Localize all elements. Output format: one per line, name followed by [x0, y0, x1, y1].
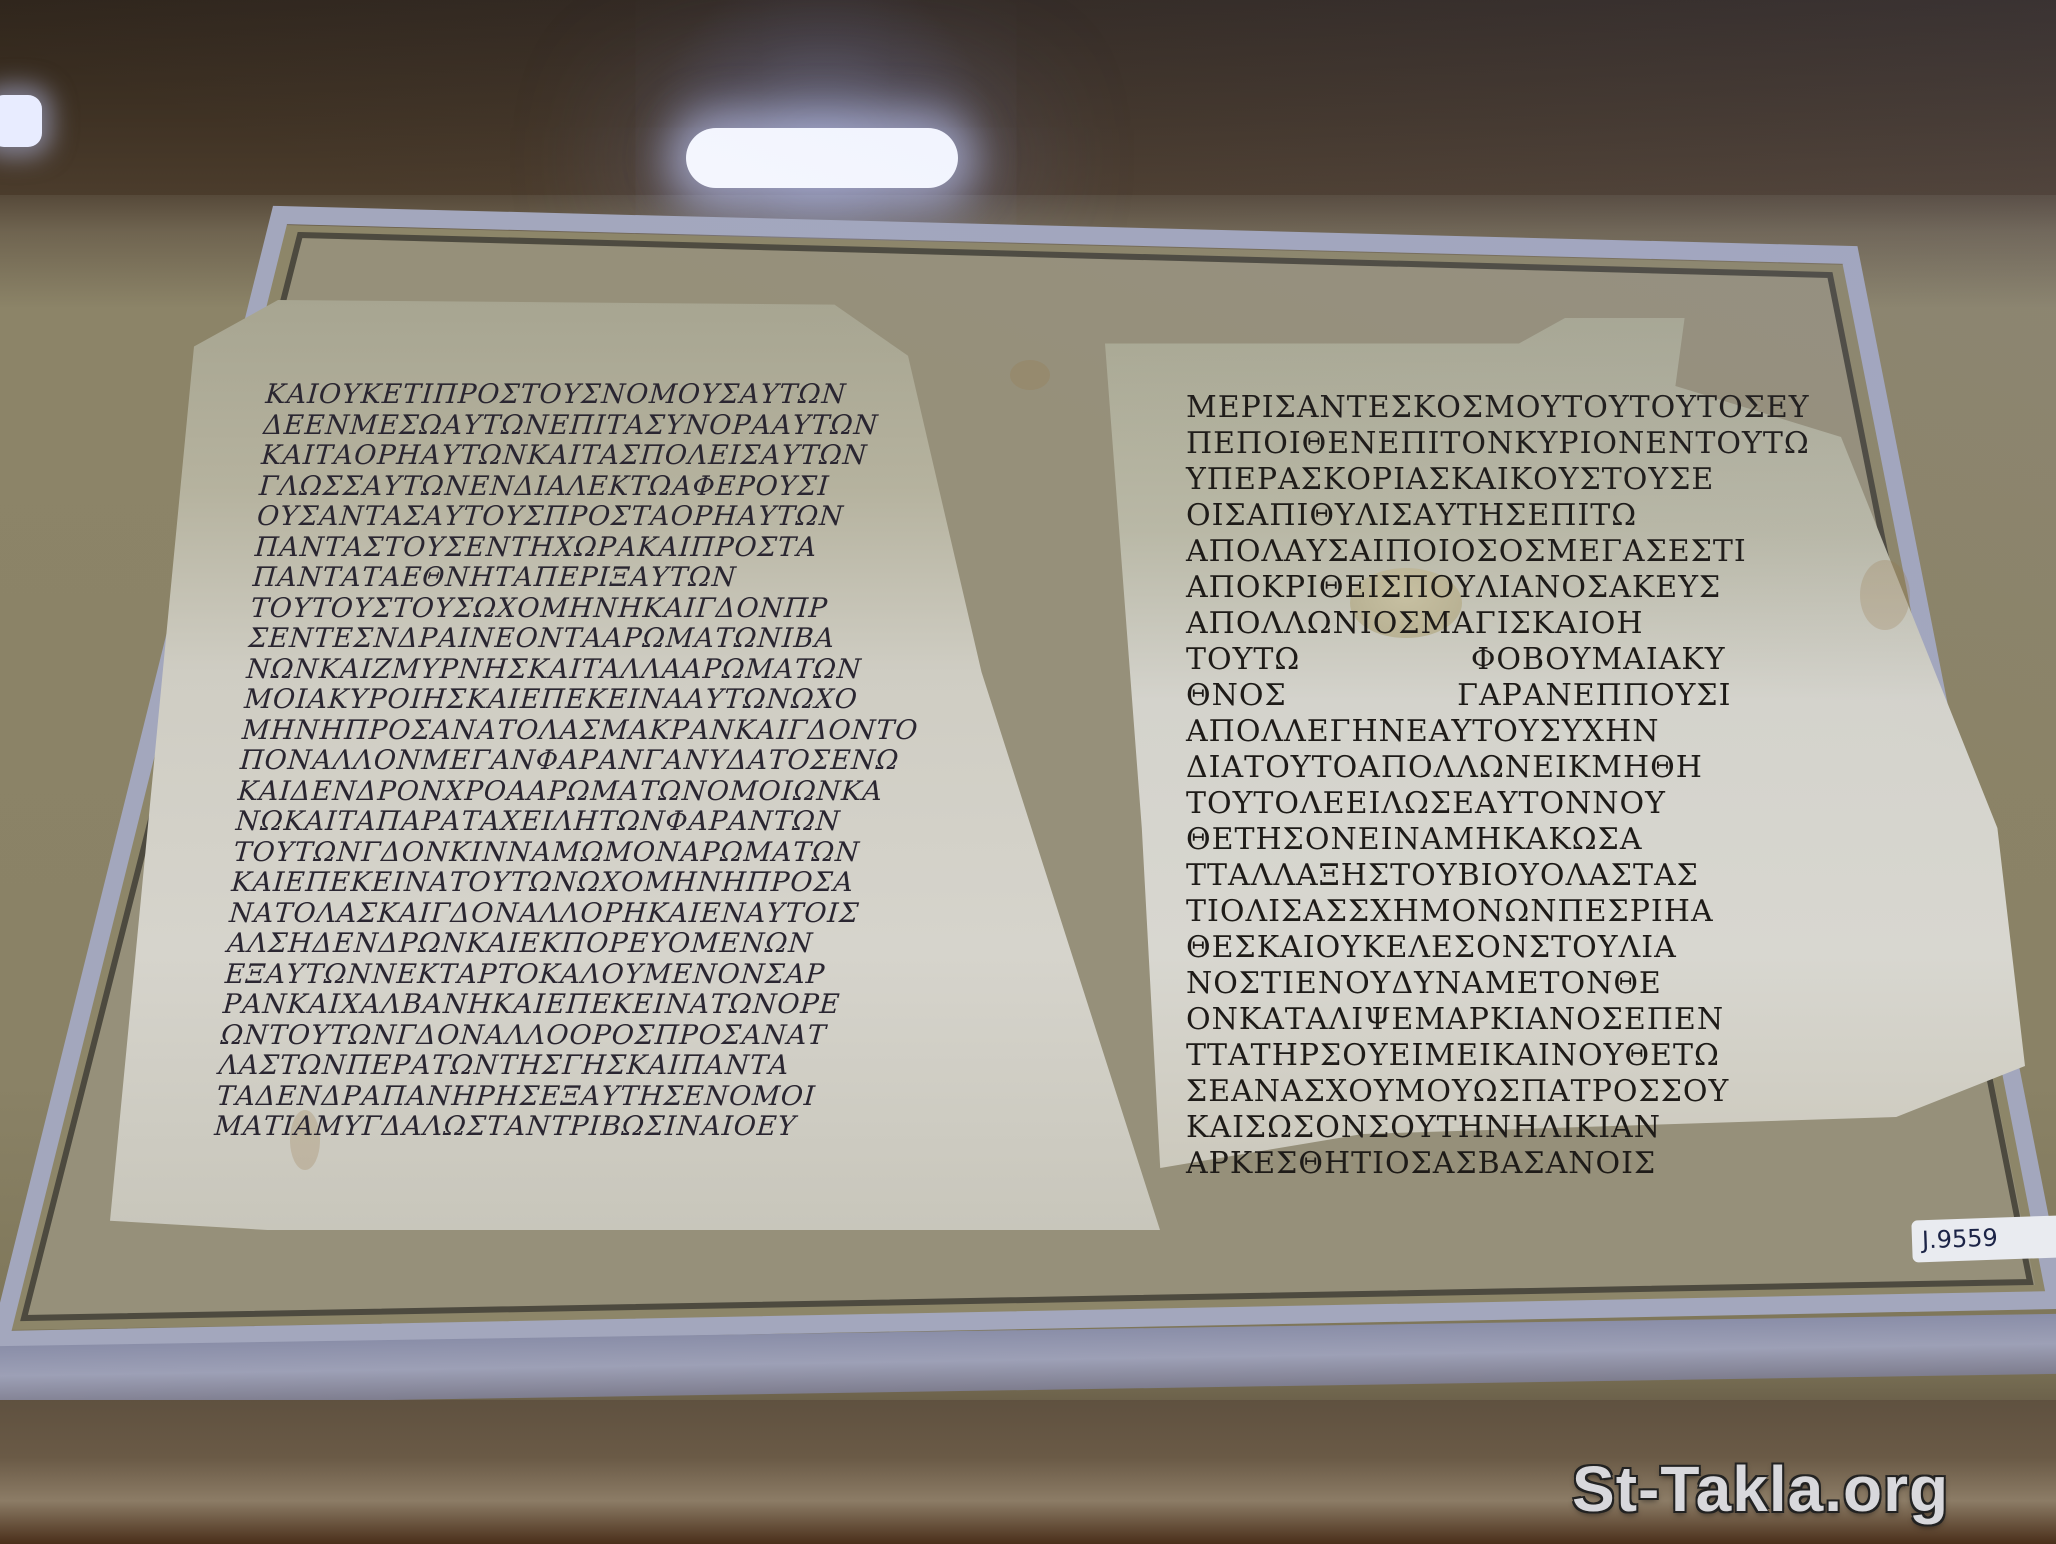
- text-line: ΤΤΑΤΗΡΣΟΥΕΙΜΕΙΚΑΙΝΟΥΘΕΤΩ: [1186, 1038, 1810, 1074]
- text-line: ΓΛΩΣΣΑΥΤΩΝΕΝΔΙΑΛΕΚΤΩΑΦΕΡΟΥΣΙ: [258, 472, 936, 503]
- text-line: ΜΗΝΗΠΡΟΣΑΝΑΤΟΛΑΣΜΑΚΡΑΝΚΑΙΓΔΟΝΤΟ: [241, 716, 919, 747]
- text-line: ΑΠΟΛΑΥΣΑΙΠΟΙΟΣΟΣΜΕΓΑΣΕΣΤΙ: [1186, 534, 1810, 570]
- text-line: ΤΟΥΤΩ ΦΟΒΟΥΜΑΙΑΚΥ: [1186, 642, 1810, 678]
- text-line: ΘΕΣΚΑΙΟΥΚΕΛΕΣΟΝΣΤΟΥΛΙΑ: [1186, 930, 1810, 966]
- text-line: ΘΝΟΣ ΓΑΡΑΝΕΠΠΟΥΣΙ: [1186, 678, 1810, 714]
- text-line: ΣΕΝΤΕΣΝΔΡΑΙΝΕΟΝΤΑΑΡΩΜΑΤΩΝΙΒΑ: [247, 624, 925, 655]
- text-line: ΑΛΣΗΔΕΝΔΡΩΝΚΑΙΕΚΠΟΡΕΥΟΜΕΝΩΝ: [226, 929, 904, 960]
- text-line: ΟΙΣΑΠΙΘΥΛΙΣΑΥΤΗΣΕΠΙΤΩ: [1186, 498, 1810, 534]
- text-line: ΤΟΥΤΩΝΓΔΟΝΚΙΝΝΑΜΩΜΟΝΑΡΩΜΑΤΩΝ: [233, 838, 911, 869]
- text-line: ΟΝΚΑΤΑΛΙΨΕΜΑΡΚΙΑΝΟΣΕΠΕΝ: [1186, 1002, 1810, 1038]
- stain: [1860, 560, 1910, 630]
- right-leaf-text: ΜΕΡΙΣΑΝΤΕΣΚΟΣΜΟΥΤΟΥΤΟΥΤΟΣΕΥ ΠΕΠΟΙΘΕΝΕΠΙΤ…: [1186, 390, 1810, 1182]
- text-line: ΩΝΤΟΥΤΩΝΓΔΟΝΑΛΛΟΟΡΟΣΠΡΟΣΑΝΑΤ: [220, 1021, 898, 1052]
- text-line: ΚΑΙΕΠΕΚΕΙΝΑΤΟΥΤΩΝΩΧΟΜΗΝΗΠΡΟΣΑ: [230, 868, 908, 899]
- text-line: ΠΑΝΤΑΤΑΕΘΝΗΤΑΠΕΡΙΞΑΥΤΩΝ: [252, 563, 930, 594]
- text-line: ΝΑΤΟΛΑΣΚΑΙΓΔΟΝΑΛΛΟΡΗΚΑΙΕΝΑΥΤΟΙΣ: [228, 899, 906, 930]
- text-line: ΤΟΥΤΟΛΕΕΙΛΩΣΕΑΥΤΟΝΝΟΥ: [1186, 786, 1810, 822]
- text-line: ΑΠΟΚΡΙΘΕΙΣΠΟΥΛΙΑΝΟΣΑΚΕΥΣ: [1186, 570, 1810, 606]
- text-line: ΠΟΝΑΛΛΟΝΜΕΓΑΝΦΑΡΑΝΓΑΝΥΔΑΤΟΣΕΝΩ: [239, 746, 917, 777]
- text-line: ΤΑΔΕΝΔΡΑΠΑΝΗΡΗΣΕΞΑΥΤΗΣΕΝΟΜΟΙ: [215, 1082, 893, 1113]
- text-line: ΤΙΟΛΙΣΑΣΣΧΗΜΟΝΩΝΠΕΣΡΙΗΑ: [1186, 894, 1810, 930]
- text-line: ΚΑΙΣΩΣΟΝΣΟΥΤΗΝΗΛΙΚΙΑΝ: [1186, 1110, 1810, 1146]
- text-line: ΘΕΤΗΣΟΝΕΙΝΑΜΗΚΑΚΩΣΑ: [1186, 822, 1810, 858]
- text-line: ΜΟΙΑΚΥΡΟΙΗΣΚΑΙΕΠΕΚΕΙΝΑΑΥΤΩΝΩΧΟ: [243, 685, 921, 716]
- text-line: ΡΑΝΚΑΙΧΑΛΒΑΝΗΚΑΙΕΠΕΚΕΙΝΑΤΩΝΟΡΕ: [222, 990, 900, 1021]
- text-line: ΑΡΚΕΣΘΗΤΙΟΣΑΣΒΑΣΑΝΟΙΣ: [1186, 1146, 1810, 1182]
- text-line: ΑΠΟΛΛΕΓΗΝΕΑΥΤΟΥΣΥΧΗΝ: [1186, 714, 1810, 750]
- text-line: ΥΠΕΡΑΣΚΟΡΙΑΣΚΑΙΚΟΥΣΤΟΥΣΕ: [1186, 462, 1810, 498]
- text-line: ΜΑΤΙΑΜΥΓΔΑΛΩΣΤΑΝΤΡΙΒΩΣΙΝΑΙΟΕΥ: [213, 1112, 891, 1143]
- text-line: ΝΩΝΚΑΙΖΜΥΡΝΗΣΚΑΙΤΑΛΛΑΑΡΩΜΑΤΩΝ: [245, 655, 923, 686]
- text-line: ΚΑΙΤΑΟΡΗΑΥΤΩΝΚΑΙΤΑΣΠΟΛΕΙΣΑΥΤΩΝ: [260, 441, 938, 472]
- catalog-label: J.9559: [1911, 1215, 2056, 1262]
- text-line: ΔΕΕΝΜΕΣΩΑΥΤΩΝΕΠΙΤΑΣΥΝΟΡΑΑΥΤΩΝ: [262, 411, 940, 442]
- text-line: ΝΟΣΤΙΕΝΟΥΔΥΝΑΜΕΤΟΝΘΕ: [1186, 966, 1810, 1002]
- text-line: ΚΑΙΔΕΝΔΡΟΝΧΡΟΑΑΡΩΜΑΤΩΝΟΜΟΙΩΝΚΑ: [237, 777, 915, 808]
- text-line: ΠΑΝΤΑΣΤΟΥΣΕΝΤΗΧΩΡΑΚΑΙΠΡΟΣΤΑ: [254, 533, 932, 564]
- text-line: ΤΟΥΤΟΥΣΤΟΥΣΩΧΟΜΗΝΗΚΑΙΓΔΟΝΠΡ: [250, 594, 928, 625]
- text-line: ΛΑΣΤΩΝΠΕΡΑΤΩΝΤΗΣΓΗΣΚΑΙΠΑΝΤΑ: [218, 1051, 896, 1082]
- text-line: ΠΕΠΟΙΘΕΝΕΠΙΤΟΝΚΥΡΙΟΝΕΝΤΟΥΤΩ: [1186, 426, 1810, 462]
- left-leaf-text: ΚΑΙΟΥΚΕΤΙΠΡΟΣΤΟΥΣΝΟΜΟΥΣΑΥΤΩΝ ΔΕΕΝΜΕΣΩΑΥΤ…: [213, 380, 943, 1143]
- text-line: ΚΑΙΟΥΚΕΤΙΠΡΟΣΤΟΥΣΝΟΜΟΥΣΑΥΤΩΝ: [265, 380, 943, 411]
- text-line: ΟΥΣΑΝΤΑΣΑΥΤΟΥΣΠΡΟΣΤΑΟΡΗΑΥΤΩΝ: [256, 502, 934, 533]
- text-line: ΤΤΑΛΛΑΞΗΣΤΟΥΒΙΟΥΟΛΑΣΤΑΣ: [1186, 858, 1810, 894]
- text-line: ΔΙΑΤΟΥΤΟΑΠΟΛΛΩΝΕΙΚΜΗΘΗ: [1186, 750, 1810, 786]
- museum-display-photo: ΚΑΙΟΥΚΕΤΙΠΡΟΣΤΟΥΣΝΟΜΟΥΣΑΥΤΩΝ ΔΕΕΝΜΕΣΩΑΥΤ…: [0, 0, 2056, 1544]
- text-line: ΣΕΑΝΑΣΧΟΥΜΟΥΩΣΠΑΤΡΟΣΣΟΥ: [1186, 1074, 1810, 1110]
- text-line: ΝΩΚΑΙΤΑΠΑΡΑΤΑΧΕΙΛΗΤΩΝΦΑΡΑΝΤΩΝ: [235, 807, 913, 838]
- text-line: ΑΠΟΛΛΩΝΙΟΣΜΑΓΙΣΚΑΙΟΗ: [1186, 606, 1810, 642]
- stain: [1010, 360, 1050, 390]
- watermark: St-Takla.org: [1572, 1452, 1949, 1526]
- text-line: ΜΕΡΙΣΑΝΤΕΣΚΟΣΜΟΥΤΟΥΤΟΥΤΟΣΕΥ: [1186, 390, 1810, 426]
- text-line: ΕΞΑΥΤΩΝΝΕΚΤΑΡΤΟΚΑΛΟΥΜΕΝΟΝΣΑΡ: [224, 960, 902, 991]
